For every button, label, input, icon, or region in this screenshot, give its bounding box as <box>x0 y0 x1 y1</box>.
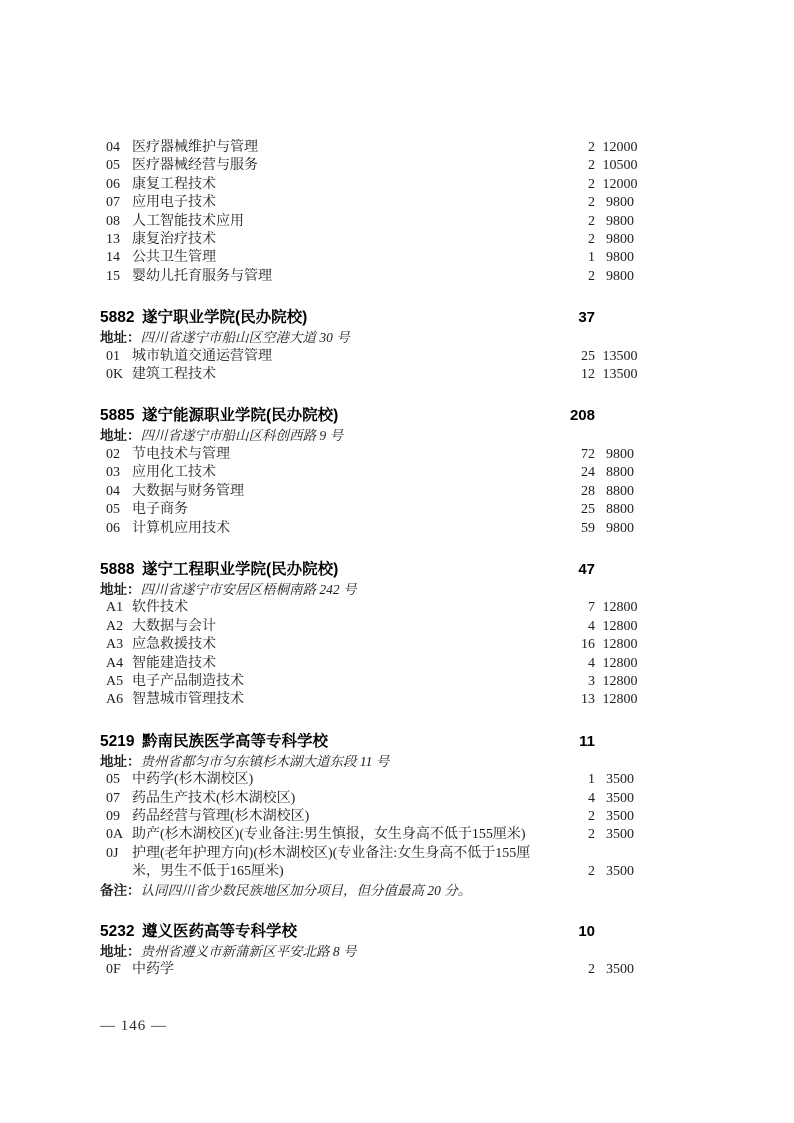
program-row: 06康复工程技术212000 <box>100 176 645 194</box>
program-code: 08 <box>106 213 132 231</box>
program-quota: 2 <box>555 961 595 979</box>
program-tuition: 9800 <box>595 446 645 464</box>
program-quota: 4 <box>555 618 595 636</box>
program-row: 14公共卫生管理19800 <box>100 249 645 267</box>
program-code: A1 <box>106 599 132 617</box>
college-total-quota: 11 <box>555 730 595 753</box>
program-code: A6 <box>106 691 132 709</box>
document-page: 04医疗器械维护与管理21200005医疗器械经营与服务21050006康复工程… <box>0 0 794 1123</box>
program-tuition: 3500 <box>595 826 645 844</box>
program-name: 软件技术 <box>132 599 555 617</box>
program-name: 节电技术与管理 <box>132 446 555 464</box>
program-tuition: 12800 <box>595 599 645 617</box>
college-total-quota: 47 <box>555 558 595 581</box>
program-tuition: 3500 <box>595 863 645 881</box>
college-name: 遵义医药高等专科学校 <box>142 920 555 943</box>
program-name: 城市轨道交通运营管理 <box>132 348 555 366</box>
program-code: 05 <box>106 501 132 519</box>
program-row: 05电子商务258800 <box>100 501 645 519</box>
program-tuition: 9800 <box>595 268 645 286</box>
program-code: 0F <box>106 961 132 979</box>
program-name: 药品经营与管理(杉木湖校区) <box>132 808 555 826</box>
program-code: 0K <box>106 366 132 384</box>
program-row: 07药品生产技术(杉木湖校区)43500 <box>100 790 645 808</box>
program-code: 06 <box>106 176 132 194</box>
program-row: 04医疗器械维护与管理212000 <box>100 139 645 157</box>
program-code: 02 <box>106 446 132 464</box>
program-row: 0F中药学23500 <box>100 961 645 979</box>
program-name: 中药学 <box>132 961 555 979</box>
program-tuition: 9800 <box>595 231 645 249</box>
program-row: 0K建筑工程技术1213500 <box>100 366 645 384</box>
program-code: 0J <box>106 845 132 863</box>
college-total-quota: 37 <box>555 306 595 329</box>
program-tuition: 8800 <box>595 483 645 501</box>
program-row: 06计算机应用技术599800 <box>100 520 645 538</box>
program-code: 07 <box>106 194 132 212</box>
program-quota: 7 <box>555 599 595 617</box>
program-code: 05 <box>106 157 132 175</box>
program-name: 中药学(杉木湖校区) <box>132 771 555 789</box>
address-label: 地址： <box>100 330 141 345</box>
college-sections: 5882遂宁职业学院(民办院校)37地址：四川省遂宁市船山区空港大道 30 号0… <box>100 306 645 980</box>
program-name: 医疗器械经营与服务 <box>132 157 555 175</box>
continuation-program-rows: 04医疗器械维护与管理21200005医疗器械经营与服务21050006康复工程… <box>100 139 645 286</box>
program-code: 01 <box>106 348 132 366</box>
address-value: 贵州省遵义市新蒲新区平安北路 8 号 <box>141 944 357 959</box>
college-section: 5885遂宁能源职业学院(民办院校)208地址：四川省遂宁市船山区科创西路 9 … <box>100 404 645 537</box>
program-quota: 2 <box>555 157 595 175</box>
program-quota: 13 <box>555 691 595 709</box>
college-code: 5885 <box>100 404 142 427</box>
program-row: 0A助产(杉木湖校区)(专业备注:男生慎报，女生身高不低于155厘米)23500 <box>100 826 645 844</box>
college-header: 5888遂宁工程职业学院(民办院校)47 <box>100 558 645 581</box>
program-tuition: 8800 <box>595 501 645 519</box>
college-header: 5219黔南民族医学高等专科学校11 <box>100 730 645 753</box>
college-address: 地址：四川省遂宁市船山区空港大道 30 号 <box>100 329 645 347</box>
college-section: 5882遂宁职业学院(民办院校)37地址：四川省遂宁市船山区空港大道 30 号0… <box>100 306 645 384</box>
program-name: 电子商务 <box>132 501 555 519</box>
program-tuition: 9800 <box>595 194 645 212</box>
program-quota: 2 <box>555 176 595 194</box>
program-tuition: 9800 <box>595 249 645 267</box>
address-value: 贵州省都匀市匀东镇杉木湖大道东段 11 号 <box>141 754 390 769</box>
program-name: 护理(老年护理方向)(杉木湖校区)(专业备注:女生身高不低于155厘米，男生不低… <box>132 845 555 882</box>
program-tuition: 3500 <box>595 808 645 826</box>
college-header: 5885遂宁能源职业学院(民办院校)208 <box>100 404 645 427</box>
college-name: 遂宁能源职业学院(民办院校) <box>142 404 555 427</box>
program-quota: 4 <box>555 655 595 673</box>
program-name: 助产(杉木湖校区)(专业备注:男生慎报，女生身高不低于155厘米) <box>132 826 555 844</box>
program-quota: 2 <box>555 231 595 249</box>
program-name: 康复工程技术 <box>132 176 555 194</box>
program-quota: 1 <box>555 771 595 789</box>
program-code: 06 <box>106 520 132 538</box>
program-name: 计算机应用技术 <box>132 520 555 538</box>
program-tuition: 8800 <box>595 464 645 482</box>
program-code: 13 <box>106 231 132 249</box>
college-header: 5232遵义医药高等专科学校10 <box>100 920 645 943</box>
college-note: 备注：认同四川省少数民族地区加分项目，但分值最高 20 分。 <box>100 882 645 900</box>
program-name: 应急救援技术 <box>132 636 555 654</box>
program-quota: 25 <box>555 348 595 366</box>
program-code: 14 <box>106 249 132 267</box>
program-row: 04大数据与财务管理288800 <box>100 483 645 501</box>
program-name: 电子产品制造技术 <box>132 673 555 691</box>
note-value: 认同四川省少数民族地区加分项目，但分值最高 20 分。 <box>141 883 472 898</box>
address-label: 地址： <box>100 944 141 959</box>
program-quota: 2 <box>555 139 595 157</box>
program-row: A5电子产品制造技术312800 <box>100 673 645 691</box>
program-name: 应用电子技术 <box>132 194 555 212</box>
program-quota: 2 <box>555 268 595 286</box>
program-name: 智慧城市管理技术 <box>132 691 555 709</box>
college-name: 黔南民族医学高等专科学校 <box>142 730 555 753</box>
program-code: 03 <box>106 464 132 482</box>
address-label: 地址： <box>100 754 141 769</box>
program-quota: 2 <box>555 826 595 844</box>
program-name: 公共卫生管理 <box>132 249 555 267</box>
program-name: 药品生产技术(杉木湖校区) <box>132 790 555 808</box>
college-header: 5882遂宁职业学院(民办院校)37 <box>100 306 645 329</box>
program-row: 13康复治疗技术29800 <box>100 231 645 249</box>
program-row: 02节电技术与管理729800 <box>100 446 645 464</box>
college-code: 5232 <box>100 920 142 943</box>
program-name: 大数据与财务管理 <box>132 483 555 501</box>
program-name: 建筑工程技术 <box>132 366 555 384</box>
college-name: 遂宁职业学院(民办院校) <box>142 306 555 329</box>
program-code: A3 <box>106 636 132 654</box>
note-label: 备注： <box>100 883 141 898</box>
address-value: 四川省遂宁市安居区梧桐南路 242 号 <box>141 582 357 597</box>
program-quota: 12 <box>555 366 595 384</box>
program-row: 03应用化工技术248800 <box>100 464 645 482</box>
program-row: 15婴幼儿托育服务与管理29800 <box>100 268 645 286</box>
program-tuition: 10500 <box>595 157 645 175</box>
college-name: 遂宁工程职业学院(民办院校) <box>142 558 555 581</box>
program-tuition: 12800 <box>595 618 645 636</box>
program-tuition: 12000 <box>595 176 645 194</box>
college-section: 5232遵义医药高等专科学校10地址：贵州省遵义市新蒲新区平安北路 8 号0F中… <box>100 920 645 980</box>
college-code: 5219 <box>100 730 142 753</box>
program-code: 04 <box>106 139 132 157</box>
program-code: A2 <box>106 618 132 636</box>
program-code: 15 <box>106 268 132 286</box>
program-quota: 24 <box>555 464 595 482</box>
program-row: 01城市轨道交通运营管理2513500 <box>100 348 645 366</box>
program-name: 医疗器械维护与管理 <box>132 139 555 157</box>
program-quota: 2 <box>555 194 595 212</box>
program-row: A3应急救援技术1612800 <box>100 636 645 654</box>
program-tuition: 13500 <box>595 348 645 366</box>
program-row: A1软件技术712800 <box>100 599 645 617</box>
college-address: 地址：贵州省都匀市匀东镇杉木湖大道东段 11 号 <box>100 753 645 771</box>
program-tuition: 12800 <box>595 655 645 673</box>
program-row: 05中药学(杉木湖校区)13500 <box>100 771 645 789</box>
program-tuition: 9800 <box>595 520 645 538</box>
college-section: 5888遂宁工程职业学院(民办院校)47地址：四川省遂宁市安居区梧桐南路 242… <box>100 558 645 710</box>
college-address: 地址：贵州省遵义市新蒲新区平安北路 8 号 <box>100 943 645 961</box>
program-quota: 25 <box>555 501 595 519</box>
program-quota: 59 <box>555 520 595 538</box>
program-code: 07 <box>106 790 132 808</box>
program-tuition: 12800 <box>595 673 645 691</box>
program-row: A6智慧城市管理技术1312800 <box>100 691 645 709</box>
program-tuition: 3500 <box>595 771 645 789</box>
college-code: 5888 <box>100 558 142 581</box>
program-quota: 4 <box>555 790 595 808</box>
program-row: 07应用电子技术29800 <box>100 194 645 212</box>
program-name: 人工智能技术应用 <box>132 213 555 231</box>
program-code: 09 <box>106 808 132 826</box>
college-section: 5219黔南民族医学高等专科学校11地址：贵州省都匀市匀东镇杉木湖大道东段 11… <box>100 730 645 900</box>
program-name: 智能建造技术 <box>132 655 555 673</box>
college-address: 地址：四川省遂宁市船山区科创西路 9 号 <box>100 427 645 445</box>
program-name: 康复治疗技术 <box>132 231 555 249</box>
address-value: 四川省遂宁市船山区科创西路 9 号 <box>141 428 344 443</box>
address-label: 地址： <box>100 428 141 443</box>
address-label: 地址： <box>100 582 141 597</box>
program-row: 05医疗器械经营与服务210500 <box>100 157 645 175</box>
program-quota: 1 <box>555 249 595 267</box>
program-name: 大数据与会计 <box>132 618 555 636</box>
program-row: A2大数据与会计412800 <box>100 618 645 636</box>
program-tuition: 3500 <box>595 790 645 808</box>
program-code: 0A <box>106 826 132 844</box>
program-row: 09药品经营与管理(杉木湖校区)23500 <box>100 808 645 826</box>
college-code: 5882 <box>100 306 142 329</box>
program-quota: 3 <box>555 673 595 691</box>
college-address: 地址：四川省遂宁市安居区梧桐南路 242 号 <box>100 581 645 599</box>
program-tuition: 13500 <box>595 366 645 384</box>
program-code: A5 <box>106 673 132 691</box>
college-total-quota: 10 <box>555 920 595 943</box>
page-number: — 146 — <box>100 1018 645 1035</box>
address-value: 四川省遂宁市船山区空港大道 30 号 <box>141 330 350 345</box>
program-tuition: 3500 <box>595 961 645 979</box>
program-row: 0J护理(老年护理方向)(杉木湖校区)(专业备注:女生身高不低于155厘米，男生… <box>100 845 645 882</box>
program-code: A4 <box>106 655 132 673</box>
program-code: 05 <box>106 771 132 789</box>
program-code: 04 <box>106 483 132 501</box>
program-quota: 2 <box>555 213 595 231</box>
program-row: 08人工智能技术应用29800 <box>100 213 645 231</box>
program-quota: 72 <box>555 446 595 464</box>
college-total-quota: 208 <box>555 404 595 427</box>
program-quota: 2 <box>555 808 595 826</box>
program-name: 婴幼儿托育服务与管理 <box>132 268 555 286</box>
program-row: A4智能建造技术412800 <box>100 655 645 673</box>
program-quota: 28 <box>555 483 595 501</box>
program-tuition: 12000 <box>595 139 645 157</box>
program-tuition: 12800 <box>595 691 645 709</box>
program-tuition: 9800 <box>595 213 645 231</box>
program-quota: 2 <box>555 863 595 881</box>
program-tuition: 12800 <box>595 636 645 654</box>
program-quota: 16 <box>555 636 595 654</box>
program-name: 应用化工技术 <box>132 464 555 482</box>
